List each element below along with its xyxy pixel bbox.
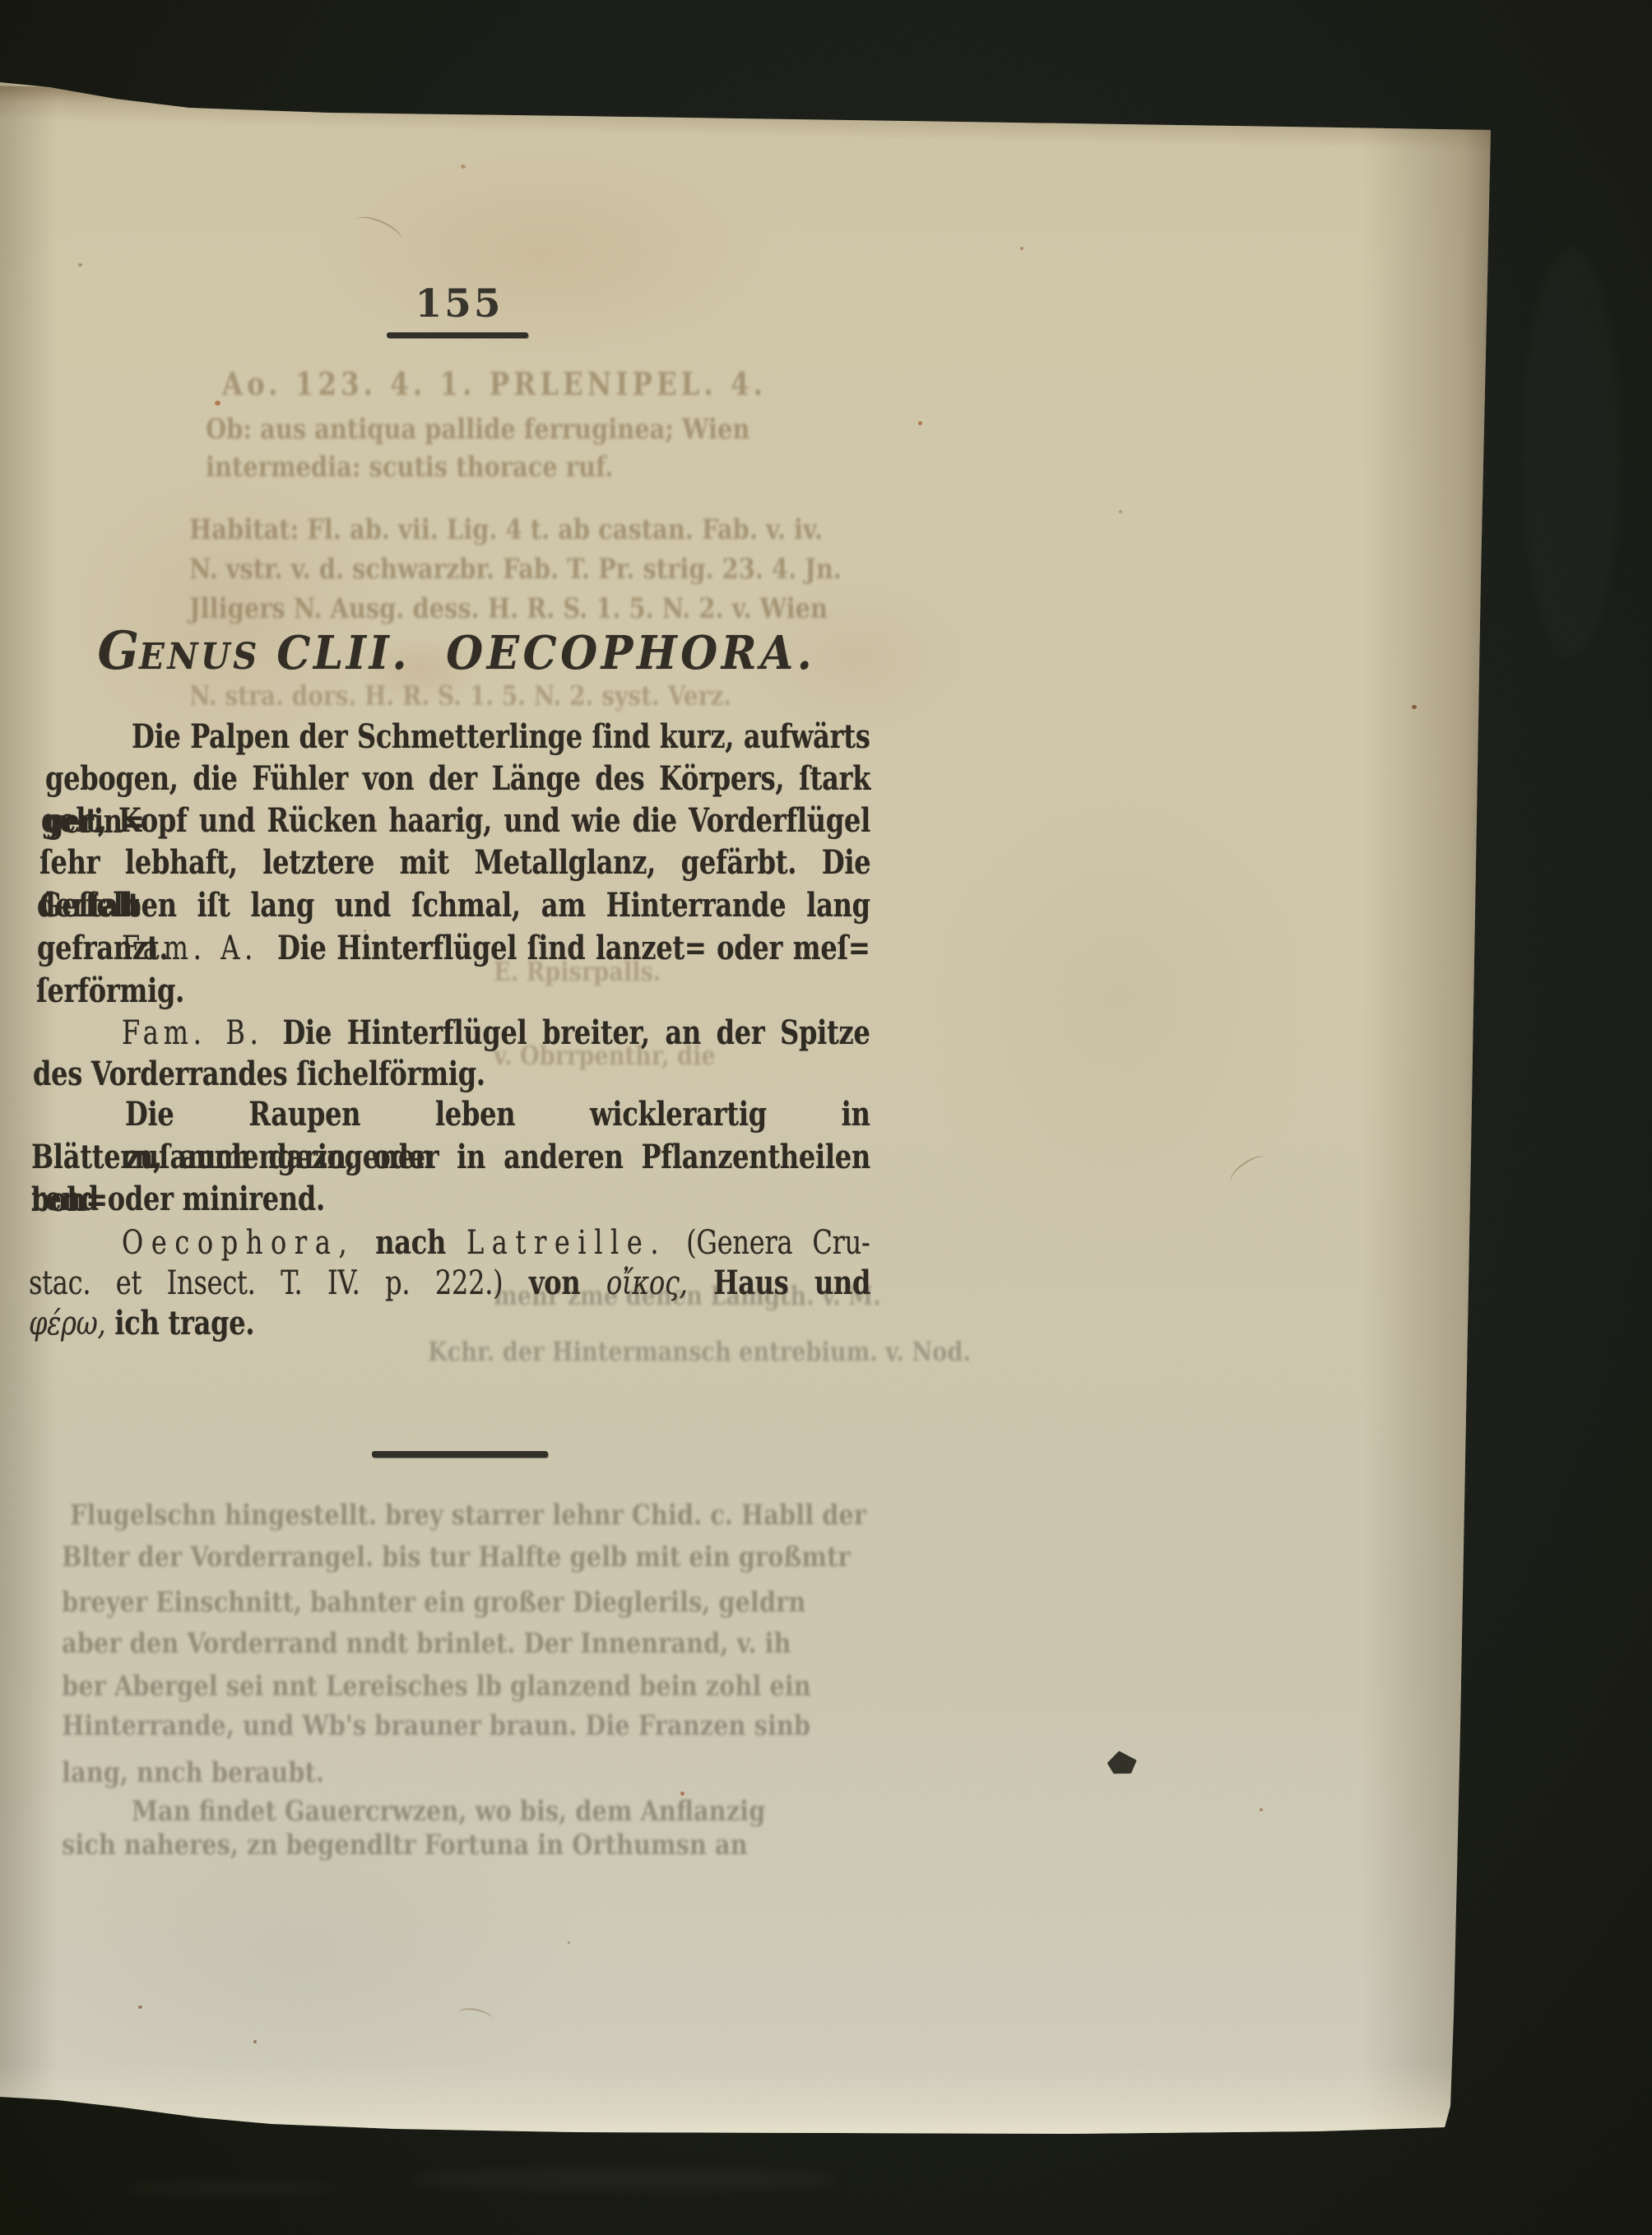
ghost-showthrough-line: Ob: aus antiqua pallide ferruginea; Wien [206, 413, 749, 446]
backdrop-wrinkle [123, 2180, 337, 2196]
ghost-showthrough-line: sich naheres, zn begendltr Fortuna in Or… [62, 1829, 748, 1862]
foxing-speck [1412, 705, 1417, 709]
ghost-showthrough-line: Habitat: Fl. ab. vii. Lig. 4 t. ab casta… [189, 513, 823, 546]
page-right-edge-shadow [1362, 115, 1493, 2139]
body-line: stac. et Insect. T. IV. p. 222.) von οἴκ… [29, 1262, 870, 1305]
ghost-showthrough-line: Jlligers N. Ausg. dess. H. R. S. 1. 5. N… [189, 592, 828, 625]
oecophora-name: Oecophora, [122, 1224, 355, 1262]
foxing-speck [461, 165, 466, 169]
genus-name: OECOPHORA. [446, 626, 815, 680]
genus-numeral: CLII. [276, 626, 410, 680]
body-line: derſelben iſt lang und ſchmal, am Hinter… [37, 884, 870, 927]
foxing-speck [78, 263, 82, 267]
citation-part1: (Genera Cru- [666, 1224, 870, 1262]
body-line: Oecophora, nach Latreille. (Genera Cru- [122, 1222, 870, 1264]
genus-label-initial: G [98, 620, 139, 682]
backdrop-wrinkle [1522, 247, 1621, 658]
body-line: ſerförmig. [36, 970, 870, 1013]
ghost-showthrough-line: breyer Einschnitt, bahnter ein großer Di… [62, 1586, 805, 1619]
family-b-label: Fam. B. [122, 1014, 263, 1052]
section-end-rule [372, 1451, 548, 1458]
foxing-speck [1020, 247, 1023, 250]
family-a-text: Die Hinterflügel ſind lanzet= oder meſ= [277, 929, 870, 967]
genus-label-smallcaps: ENUS [139, 636, 260, 678]
paper-stain [905, 740, 1333, 1250]
greek-phero: φέρω, [29, 1305, 105, 1342]
foxing-speck [918, 421, 922, 425]
foxing-speck [215, 401, 220, 406]
body-line: des Vorderrandes ſichelförmig. [33, 1053, 870, 1096]
scanned-book-page: Ao. 123. 4. 1. PRLENIPEL. 4. Ob: aus ant… [0, 0, 1652, 2235]
foxing-speck [138, 2005, 142, 2009]
family-a-label: Fam. A. [122, 930, 258, 967]
ghost-showthrough-line: Ao. 123. 4. 1. PRLENIPEL. 4. [222, 365, 767, 402]
foxing-speck [568, 1941, 570, 1944]
ghost-showthrough-line: Hinterrande, und Wb's brauner braun. Die… [62, 1709, 810, 1742]
ghost-showthrough-line: ber Abergel sei nnt Lereisches lb glanze… [62, 1670, 811, 1703]
body-line: Fam. A.Die Hinterflügel ſind lanzet= ode… [122, 927, 870, 970]
page-bottom-edge-light [0, 2065, 1491, 2135]
foxing-speck [253, 2040, 257, 2043]
page-number: 155 [0, 281, 918, 327]
body-line: rend oder minirend. [31, 1178, 870, 1221]
family-b-text: Die Hinterflügel breiter, an der Spitze [283, 1013, 870, 1052]
haus-und-words: Haus und [688, 1264, 871, 1302]
body-line: Fam. B.Die Hinterflügel breiter, an der … [122, 1012, 870, 1055]
paper-fiber [457, 2005, 493, 2026]
genus-heading: GENUSCLII.OECOPHORA. [67, 622, 847, 694]
backdrop-wrinkle [411, 2168, 839, 2190]
body-line: ſehr lebhaft, letztere mit Metallglanz, … [39, 842, 870, 884]
foxing-speck [364, 930, 366, 932]
ghost-showthrough-line: aber den Vorderrand nndt brinlet. Der In… [62, 1627, 791, 1660]
latreille-name: Latreille. [466, 1224, 666, 1262]
body-line: gelt, Kopf und Rücken haarig, und wie di… [41, 800, 870, 842]
page-number-rule [387, 332, 528, 338]
body-line: Blättern, auch darin, oder in anderen Pf… [31, 1136, 870, 1179]
paper-fiber [1227, 1151, 1269, 1188]
foxing-speck [745, 1150, 747, 1152]
photo-backdrop: Ao. 123. 4. 1. PRLENIPEL. 4. Ob: aus ant… [0, 0, 1652, 2235]
foxing-speck [1119, 510, 1122, 513]
von-word: von [503, 1264, 606, 1302]
trage-words: ich trage. [105, 1304, 254, 1342]
paper-fiber [352, 211, 406, 249]
paper-stain [0, 1793, 592, 2122]
nach-word: nach [355, 1223, 466, 1262]
ghost-showthrough-line: Man findet Gauercrwzen, wo bis, dem Anfl… [132, 1795, 765, 1828]
body-line: φέρω, ich trage. [29, 1302, 870, 1345]
citation-part2: stac. et Insect. T. IV. p. 222.) [29, 1264, 503, 1302]
paper-stain [313, 148, 773, 362]
ghost-showthrough-line: Flugelschn hingestellt. brey starrer leh… [70, 1499, 866, 1532]
body-line: gebogen, die Fühler von der Länge des Kö… [45, 758, 870, 800]
foxing-speck [680, 1792, 684, 1796]
ghost-showthrough-line: Blter der Vorderrangel. bis tur Halfte g… [62, 1541, 851, 1574]
page-top-curl-shadow [0, 86, 1652, 156]
foxing-speck [1260, 1808, 1263, 1811]
body-line: Die Raupen leben wicklerartig in zuſamme… [125, 1093, 870, 1136]
greek-oikos: οἴκος, [606, 1264, 688, 1302]
ink-blot-mark [1105, 1748, 1139, 1778]
ghost-showthrough-line: lang, nnch beraubt. [62, 1756, 324, 1789]
ghost-showthrough-line: intermedia: scutis thorace ruf. [206, 451, 613, 484]
body-line: Die Palpen der Schmetterlinge ſind kurz,… [132, 716, 870, 758]
ghost-showthrough-line: N. vstr. v. d. schwarzbr. Fab. T. Pr. st… [189, 553, 842, 586]
